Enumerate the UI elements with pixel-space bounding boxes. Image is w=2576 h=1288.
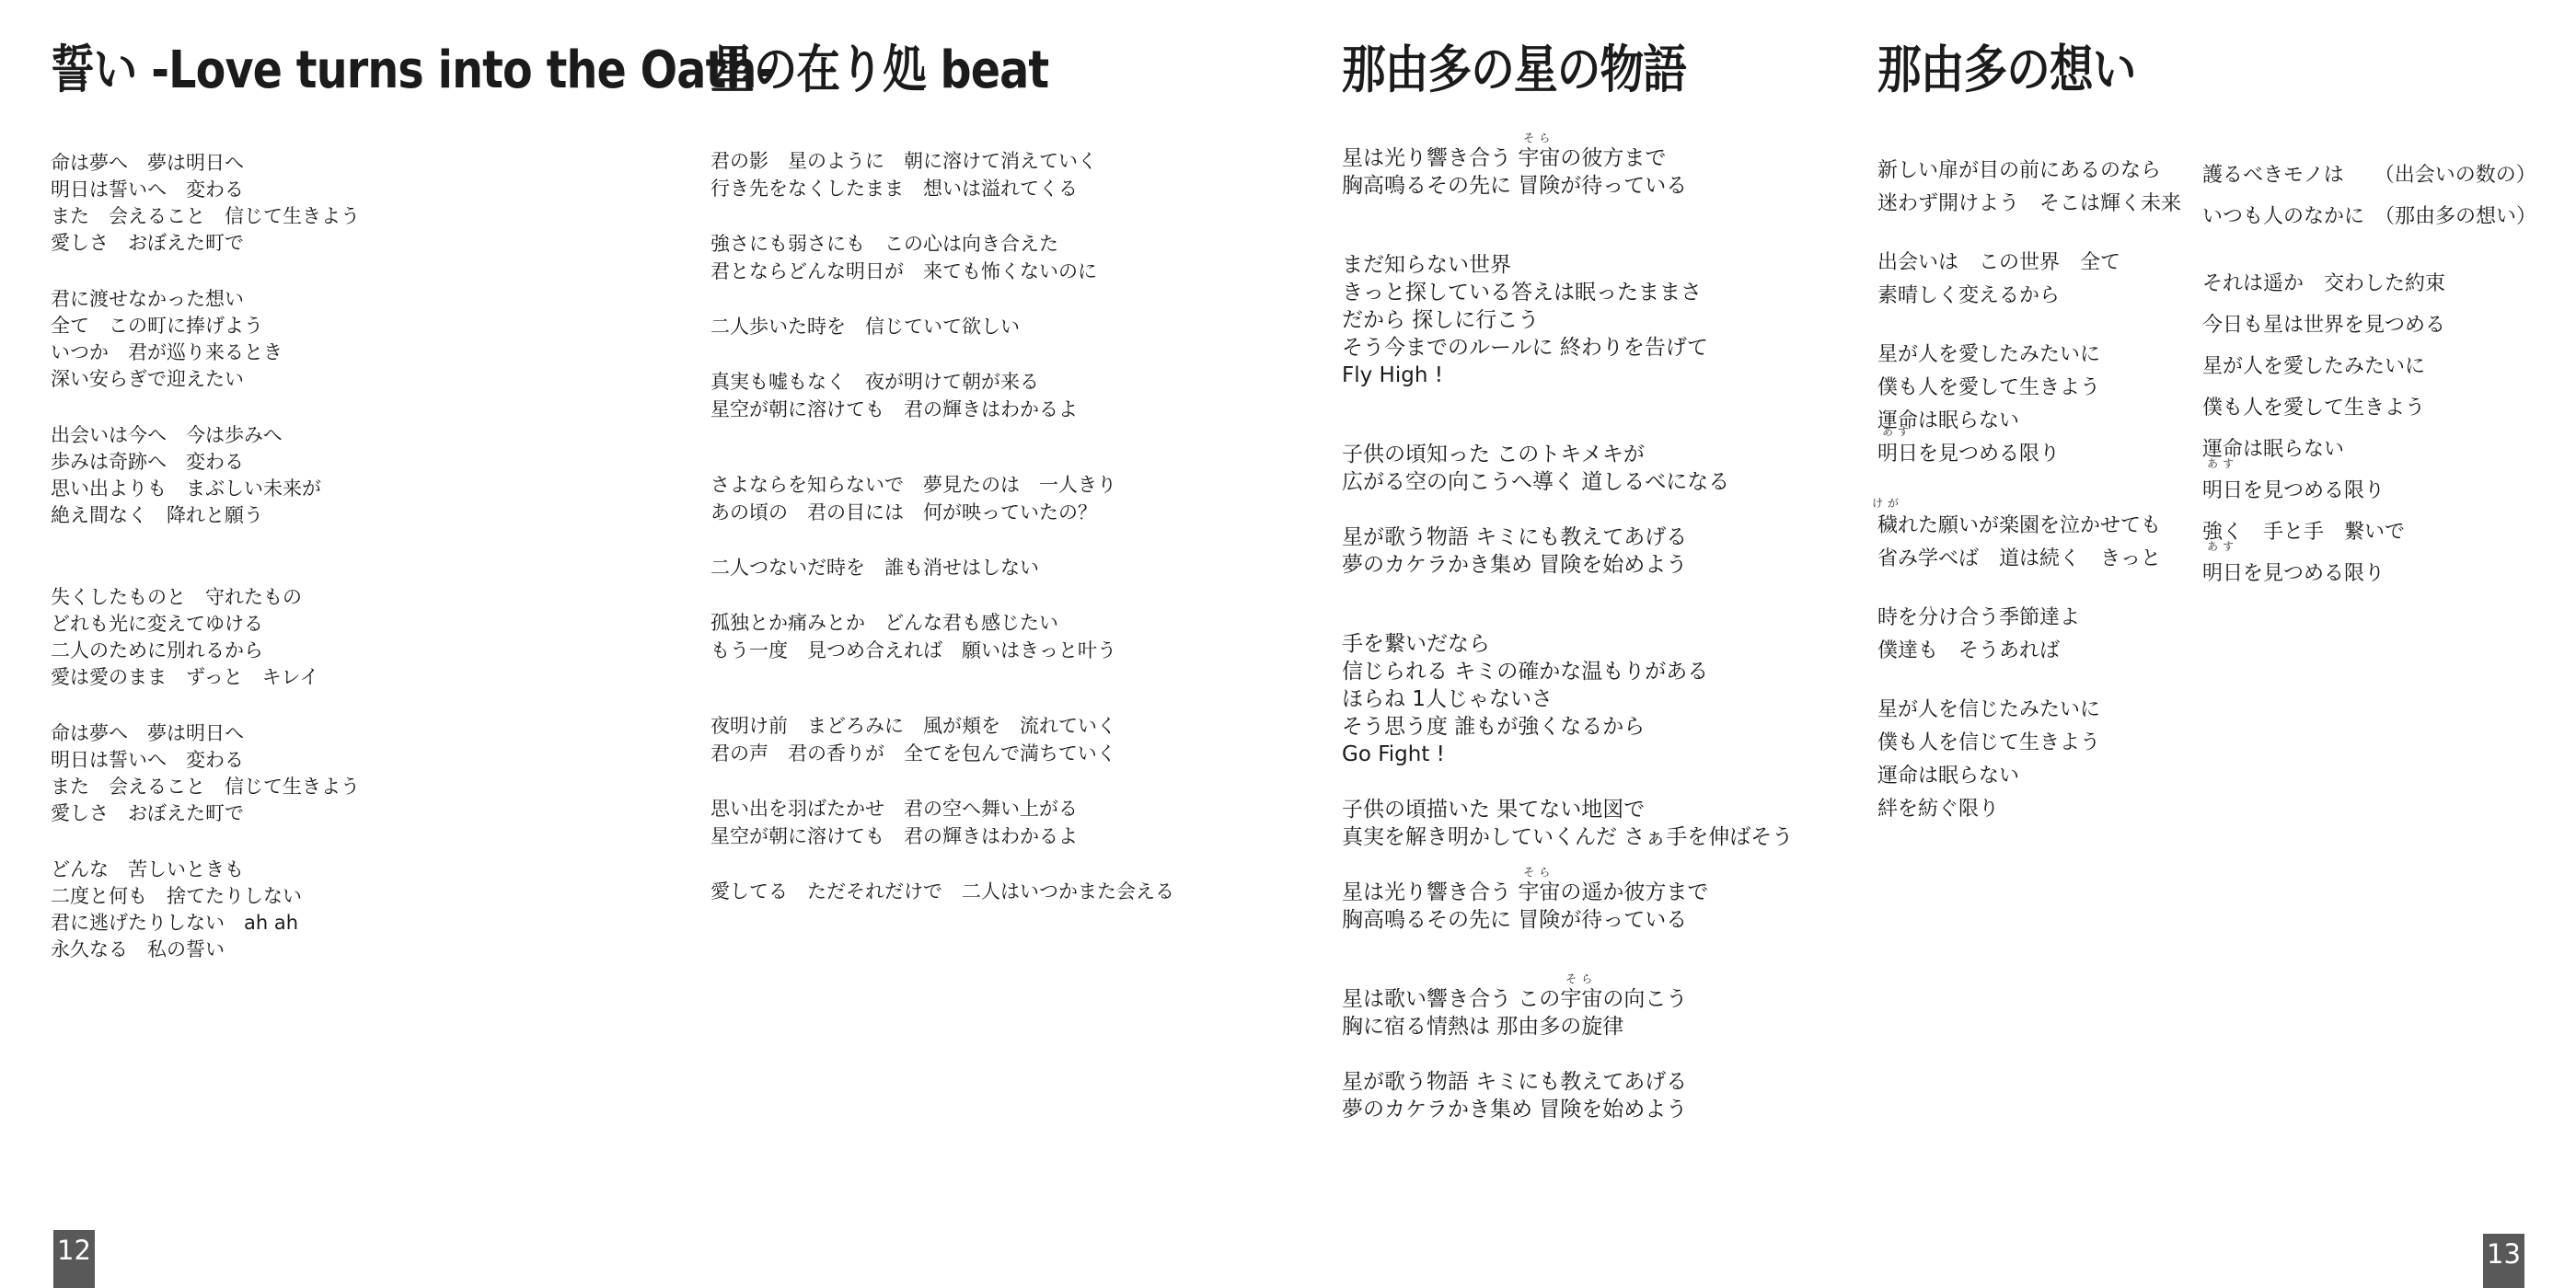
lyric-line: 素晴しく変えるから bbox=[1877, 280, 2200, 313]
lyric-line: 夜明け前 まどろみに 風が頬を 流れていく bbox=[710, 712, 1346, 740]
furigana-base: 宇宙そら bbox=[1560, 985, 1602, 1013]
lyric-line: 僕も人を信じて生きよう bbox=[1877, 727, 2200, 760]
stanza: 二人歩いた時を 信じていて欲しい bbox=[710, 313, 1346, 340]
stanza: それは遥か 交わした約束今日も星は世界を見つめる星が人を愛したみたいに僕も人を愛… bbox=[2202, 263, 2575, 594]
lyric-line: 出会いは今へ 今は歩みへ bbox=[51, 422, 695, 449]
lyric-line: 孤独とか痛みとか どんな君も感じたい bbox=[710, 609, 1346, 637]
stanza: 夜明け前 まどろみに 風が頬を 流れていく君の声 君の香りが 全てを包んで満ちて… bbox=[710, 712, 1346, 767]
lyric-line: 明日は誓いへ 変わる bbox=[51, 747, 695, 774]
lyric-line: 君に逃げたりしない ah ah bbox=[51, 910, 695, 937]
stanza: 思い出を羽ばたかせ 君の空へ舞い上がる星空が朝に溶けても 君の輝きはわかるよ bbox=[710, 795, 1346, 850]
furigana-text: そら bbox=[1565, 973, 1597, 984]
lyric-line: 明日あすを見つめる限り bbox=[2202, 470, 2575, 512]
song-column-hoshi-no-arika: 星の在り処 beat 君の影 星のように 朝に溶けて消えていく行き先をなくしたま… bbox=[710, 39, 1346, 933]
lyric-line: 胸に宿る情熱は 那由多の旋律 bbox=[1342, 1013, 1940, 1041]
lyric-line: 全て この町に捧げよう bbox=[51, 313, 695, 339]
lyric-line: 星が人を信じたみたいに bbox=[1877, 694, 2200, 727]
lyric-line: まだ知らない世界 bbox=[1342, 251, 1940, 279]
lyrics-booklet-spread: 誓い -Love turns into the Oath- 命は夢へ 夢は明日へ… bbox=[0, 0, 2576, 1288]
lyric-line: 出会いは この世界 全て bbox=[1877, 247, 2200, 280]
lyric-line: 時を分け合う季節達よ bbox=[1877, 602, 2200, 635]
lyric-line: 省み学べば 道は続く きっと bbox=[1877, 543, 2200, 576]
furigana-text: そら bbox=[1523, 867, 1554, 878]
lyric-line: 胸高鳴るその先に 冒険が待っている bbox=[1342, 906, 1940, 934]
lyric-line: 二人つないだ時を 誰も消せはしない bbox=[710, 554, 1346, 581]
stanza: どんな 苦しいときも二度と何も 捨てたりしない君に逃げたりしない ah ah永久… bbox=[51, 857, 695, 963]
stanza: 星が歌う物語 キミにも教えてあげる夢のカケラかき集め 冒険を始めよう bbox=[1342, 1068, 1940, 1123]
lyric-line: また 会えること 信じて生きよう bbox=[51, 774, 695, 800]
lyric-line: どんな 苦しいときも bbox=[51, 857, 695, 883]
stanza: 時を分け合う季節達よ僕達も そうあれば bbox=[1877, 602, 2200, 668]
lyric-line: 愛してる ただそれだけで 二人はいつかまた会える bbox=[710, 878, 1346, 905]
lyric-line: そう思う度 誰もが強くなるから bbox=[1342, 713, 1940, 741]
stanza: 穢けがれた願いが楽園を泣かせても省み学べば 道は続く きっと bbox=[1877, 510, 2200, 576]
lyrics-column-left: 新しい扉が目の前にあるのなら迷わず開けよう そこは輝く未来出会いは この世界 全… bbox=[1877, 155, 2200, 826]
lyric-line: 二人歩いた時を 信じていて欲しい bbox=[710, 313, 1346, 340]
stanza: 護るべきモノは （出会いの数の）いつも人のなかに （那由多の想い） bbox=[2202, 155, 2575, 237]
lyric-line: 愛しさ おぼえた町で bbox=[51, 230, 695, 257]
song-title: 那由多の想い bbox=[1877, 39, 2472, 103]
lyric-line: 運命は眠らない bbox=[1877, 405, 2200, 438]
lyric-line: 愛は愛のまま ずっと キレイ bbox=[51, 664, 695, 691]
lyric-line: あの頃の 君の目には 何が映っていたの？ bbox=[710, 499, 1346, 526]
lyric-line: 迷わず開けよう そこは輝く未来 bbox=[1877, 188, 2200, 221]
lyric-line: 君の声 君の香りが 全てを包んで満ちていく bbox=[710, 740, 1346, 767]
stanza: さよならを知らないで 夢見たのは 一人きりあの頃の 君の目には 何が映っていたの… bbox=[710, 471, 1346, 526]
page-number-right: 13 bbox=[2483, 1234, 2524, 1288]
lyric-line: 広がる空の向こうへ導く 道しるべになる bbox=[1342, 468, 1940, 496]
lyric-line: 信じられる キミの確かな温もりがある bbox=[1342, 658, 1940, 685]
lyric-line: 命は夢へ 夢は明日へ bbox=[51, 720, 695, 747]
lyric-line: 穢けがれた願いが楽園を泣かせても bbox=[1877, 510, 2200, 543]
lyric-line: 星が人を愛したみたいに bbox=[1877, 339, 2200, 372]
lyric-line: 真実も嘘もなく 夜が明けて朝が来る bbox=[710, 368, 1346, 396]
lyric-line: ほらね 1人じゃないさ bbox=[1342, 685, 1940, 713]
lyric-line: 君とならどんな明日が 来ても怖くないのに bbox=[710, 258, 1346, 285]
stanza: 星は光り響き合う 宇宙そらの彼方まで胸高鳴るその先に 冒険が待っている bbox=[1342, 144, 1940, 200]
lyric-line: 手を繋いだなら bbox=[1342, 630, 1940, 658]
lyric-line: どれも光に変えてゆける bbox=[51, 611, 695, 638]
stanza: 星が歌う物語 キミにも教えてあげる夢のカケラかき集め 冒険を始めよう bbox=[1342, 523, 1940, 579]
lyric-line: 明日あすを見つめる限り bbox=[1877, 438, 2200, 471]
stanza: 子供の頃描いた 果てない地図で真実を解き明かしていくんだ さぁ手を伸ばそう bbox=[1342, 796, 1940, 851]
lyric-line: 運命は眠らない bbox=[1877, 760, 2200, 793]
lyric-line: 夢のカケラかき集め 冒険を始めよう bbox=[1342, 551, 1940, 579]
page-number-left: 12 bbox=[53, 1230, 95, 1288]
lyric-line: 行き先をなくしたまま 想いは溢れてくる bbox=[710, 175, 1346, 202]
furigana-base: 宇宙そら bbox=[1518, 879, 1560, 906]
lyric-line: また 会えること 信じて生きよう bbox=[51, 203, 695, 230]
lyrics-column: 君の影 星のように 朝に溶けて消えていく行き先をなくしたまま 想いは溢れてくる強… bbox=[710, 147, 1346, 905]
lyric-line: きっと探している答えは眠ったままさ bbox=[1342, 279, 1940, 306]
lyric-line: 歩みは奇跡へ 変わる bbox=[51, 449, 695, 476]
lyric-line: 二度と何も 捨てたりしない bbox=[51, 883, 695, 910]
lyric-line: 命は夢へ 夢は明日へ bbox=[51, 150, 695, 177]
lyric-line: 星は光り響き合う 宇宙そらの遥か彼方まで bbox=[1342, 879, 1940, 906]
stanza: 二人つないだ時を 誰も消せはしない bbox=[710, 554, 1346, 581]
stanza: 出会いは この世界 全て素晴しく変えるから bbox=[1877, 247, 2200, 313]
lyric-line: 護るべきモノは （出会いの数の） bbox=[2202, 155, 2575, 196]
furigana-text: あす bbox=[2207, 541, 2238, 552]
furigana-text: けが bbox=[1872, 498, 1903, 509]
lyric-line: 僕も人を愛して生きよう bbox=[1877, 372, 2200, 405]
lyric-line: Go Fight ! bbox=[1342, 741, 1940, 768]
lyric-line: 深い安らぎで迎えたい bbox=[51, 366, 695, 393]
lyric-line: 永久なる 私の誓い bbox=[51, 937, 695, 963]
lyric-line: もう一度 見つめ合えれば 願いはきっと叶う bbox=[710, 637, 1346, 664]
lyric-line: 君の影 星のように 朝に溶けて消えていく bbox=[710, 147, 1346, 175]
lyrics-column: 命は夢へ 夢は明日へ明日は誓いへ 変わるまた 会えること 信じて生きよう愛しさ … bbox=[51, 150, 695, 963]
lyric-line: 強さにも弱さにも この心は向き合えた bbox=[710, 230, 1346, 258]
lyric-line: 今日も星は世界を見つめる bbox=[2202, 305, 2575, 346]
lyric-line: 強く 手と手 繋いで bbox=[2202, 512, 2575, 553]
lyric-line: 明日は誓いへ 変わる bbox=[51, 177, 695, 203]
stanza: 新しい扉が目の前にあるのなら迷わず開けよう そこは輝く未来 bbox=[1877, 155, 2200, 221]
furigana-text: あす bbox=[1882, 426, 1913, 437]
song-title: 星の在り処 beat bbox=[710, 39, 1251, 103]
furigana-base: 明日あす bbox=[2202, 470, 2243, 512]
lyric-line: 思い出よりも まぶしい未来が bbox=[51, 476, 695, 502]
song-column-nayuta-monogatari: 那由多の星の物語 星は光り響き合う 宇宙そらの彼方まで胸高鳴るその先に 冒険が待… bbox=[1342, 39, 1940, 1151]
stanza: 命は夢へ 夢は明日へ明日は誓いへ 変わるまた 会えること 信じて生きよう愛しさ … bbox=[51, 150, 695, 257]
stanza: 星が人を愛したみたいに僕も人を愛して生きよう運命は眠らない明日あすを見つめる限り bbox=[1877, 339, 2200, 471]
lyric-line: 明日あすを見つめる限り bbox=[2202, 553, 2575, 594]
stanza: 命は夢へ 夢は明日へ明日は誓いへ 変わるまた 会えること 信じて生きよう愛しさ … bbox=[51, 720, 695, 827]
lyric-line: いつか 君が巡り来るとき bbox=[51, 339, 695, 366]
stanza: 君の影 星のように 朝に溶けて消えていく行き先をなくしたまま 想いは溢れてくる bbox=[710, 147, 1346, 202]
lyric-line: 星空が朝に溶けても 君の輝きはわかるよ bbox=[710, 396, 1346, 423]
stanza: 強さにも弱さにも この心は向き合えた君とならどんな明日が 来ても怖くないのに bbox=[710, 230, 1346, 285]
lyric-line: さよならを知らないで 夢見たのは 一人きり bbox=[710, 471, 1346, 499]
furigana-base: 宇宙そら bbox=[1518, 144, 1560, 172]
stanza: 愛してる ただそれだけで 二人はいつかまた会える bbox=[710, 878, 1346, 905]
lyric-line: 胸高鳴るその先に 冒険が待っている bbox=[1342, 172, 1940, 200]
stanza: 真実も嘘もなく 夜が明けて朝が来る星空が朝に溶けても 君の輝きはわかるよ bbox=[710, 368, 1346, 423]
lyrics-column: 星は光り響き合う 宇宙そらの彼方まで胸高鳴るその先に 冒険が待っているまだ知らな… bbox=[1342, 144, 1940, 1123]
lyric-line: Fly High ! bbox=[1342, 362, 1940, 389]
lyric-line: 思い出を羽ばたかせ 君の空へ舞い上がる bbox=[710, 795, 1346, 822]
lyrics-column-right: 護るべきモノは （出会いの数の）いつも人のなかに （那由多の想い）それは遥か 交… bbox=[2202, 155, 2575, 620]
lyric-line: 僕も人を愛して生きよう bbox=[2202, 387, 2575, 429]
lyric-line: いつも人のなかに （那由多の想い） bbox=[2202, 196, 2575, 237]
lyric-line: 愛しさ おぼえた町で bbox=[51, 800, 695, 827]
song-title: 那由多の星の物語 bbox=[1342, 39, 1851, 103]
lyric-line: 星が歌う物語 キミにも教えてあげる bbox=[1342, 523, 1940, 551]
furigana-text: そら bbox=[1523, 132, 1554, 144]
lyric-line: 君に渡せなかった想い bbox=[51, 286, 695, 313]
lyric-line: 子供の頃描いた 果てない地図で bbox=[1342, 796, 1940, 823]
stanza: 君に渡せなかった想い全て この町に捧げよういつか 君が巡り来るとき深い安らぎで迎… bbox=[51, 286, 695, 393]
song-column-nayuta-omoi: 那由多の想い 新しい扉が目の前にあるのなら迷わず開けよう そこは輝く未来出会いは… bbox=[1877, 39, 2576, 852]
lyric-line: 絶え間なく 降れと願う bbox=[51, 502, 695, 529]
stanza: 子供の頃知った このトキメキが広がる空の向こうへ導く 道しるべになる bbox=[1342, 441, 1940, 496]
lyric-line: 運命は眠らない bbox=[2202, 429, 2575, 470]
lyric-line: 新しい扉が目の前にあるのなら bbox=[1877, 155, 2200, 188]
lyric-line: 二人のために別れるから bbox=[51, 638, 695, 664]
stanza: 失くしたものと 守れたものどれも光に変えてゆける二人のために別れるから愛は愛のま… bbox=[51, 584, 695, 691]
stanza: 星が人を信じたみたいに僕も人を信じて生きよう運命は眠らない絆を紡ぐ限り bbox=[1877, 694, 2200, 826]
lyric-line: 星が人を愛したみたいに bbox=[2202, 346, 2575, 387]
lyric-line: 夢のカケラかき集め 冒険を始めよう bbox=[1342, 1096, 1940, 1123]
stanza: 出会いは今へ 今は歩みへ歩みは奇跡へ 変わる思い出よりも まぶしい未来が絶え間な… bbox=[51, 422, 695, 529]
furigana-base: 明日あす bbox=[2202, 553, 2243, 594]
stanza: 星は光り響き合う 宇宙そらの遥か彼方まで胸高鳴るその先に 冒険が待っている bbox=[1342, 879, 1940, 934]
song-title: 誓い -Love turns into the Oath- bbox=[51, 39, 598, 103]
stanza: まだ知らない世界きっと探している答えは眠ったままさだから 探しに行こうそう今まで… bbox=[1342, 251, 1940, 389]
lyric-line: そう今までのルールに 終わりを告げて bbox=[1342, 334, 1940, 362]
lyric-line: 星は光り響き合う 宇宙そらの彼方まで bbox=[1342, 144, 1940, 172]
lyric-line: だから 探しに行こう bbox=[1342, 306, 1940, 334]
lyric-line: 星空が朝に溶けても 君の輝きはわかるよ bbox=[710, 822, 1346, 850]
lyric-line: 僕達も そうあれば bbox=[1877, 635, 2200, 668]
lyric-line: 真実を解き明かしていくんだ さぁ手を伸ばそう bbox=[1342, 823, 1940, 851]
stanza: 孤独とか痛みとか どんな君も感じたいもう一度 見つめ合えれば 願いはきっと叶う bbox=[710, 609, 1346, 664]
song-column-oath: 誓い -Love turns into the Oath- 命は夢へ 夢は明日へ… bbox=[51, 39, 695, 993]
lyric-line: 失くしたものと 守れたもの bbox=[51, 584, 695, 611]
furigana-base: 明日あす bbox=[1877, 438, 1918, 471]
lyric-line: それは遥か 交わした約束 bbox=[2202, 263, 2575, 305]
lyric-line: 星が歌う物語 キミにも教えてあげる bbox=[1342, 1068, 1940, 1096]
lyric-line: 星は歌い響き合う この宇宙そらの向こう bbox=[1342, 985, 1940, 1013]
stanza: 星は歌い響き合う この宇宙そらの向こう胸に宿る情熱は 那由多の旋律 bbox=[1342, 985, 1940, 1041]
stanza: 手を繋いだなら信じられる キミの確かな温もりがあるほらね 1人じゃないさそう思う… bbox=[1342, 630, 1940, 768]
furigana-base: 穢けが bbox=[1877, 510, 1898, 543]
lyric-line: 絆を紡ぐ限り bbox=[1877, 793, 2200, 826]
lyric-line: 子供の頃知った このトキメキが bbox=[1342, 441, 1940, 468]
furigana-text: あす bbox=[2207, 458, 2238, 469]
